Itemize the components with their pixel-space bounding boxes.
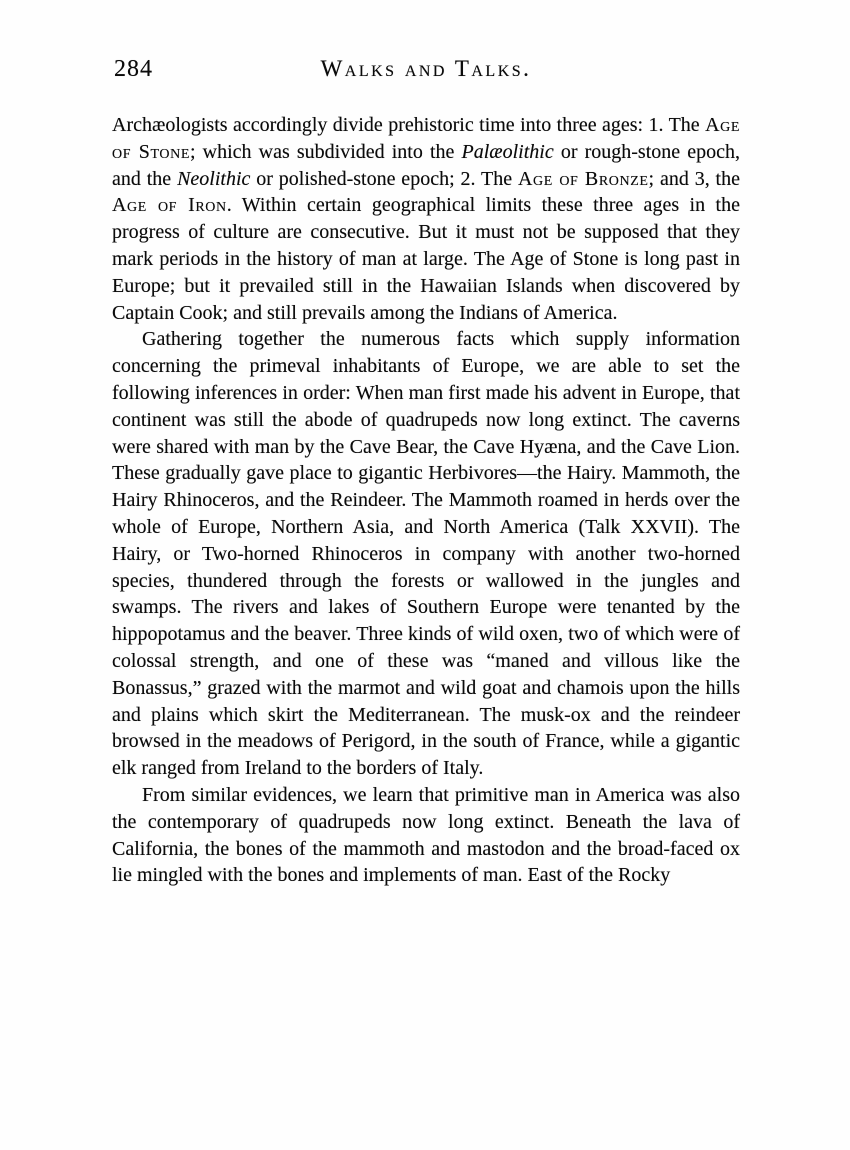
running-title: Walks and Talks.	[112, 56, 740, 82]
page-header: 284 Walks and Talks.	[112, 56, 740, 90]
book-page: 284 Walks and Talks. Archæologists accor…	[0, 0, 850, 1150]
text-run: ; and 3, the	[649, 168, 740, 190]
paragraph-primeval-inhabitants: Gathering together the numerous facts wh…	[112, 326, 740, 782]
text-run: or polished-stone epoch; 2. The	[250, 168, 518, 190]
smallcaps-age-of-bronze: Age of Bronze	[518, 168, 649, 190]
page-body: Archæologists accordingly divide prehist…	[112, 112, 740, 889]
italic-neolithic: Neolithic	[177, 168, 250, 190]
paragraph-three-ages: Archæologists accordingly divide prehist…	[112, 112, 740, 326]
italic-palaeolithic: Palæolithic	[462, 141, 554, 163]
paragraph-primitive-man-america: From similar evidences, we learn that pr…	[112, 782, 740, 889]
page-number: 284	[114, 56, 153, 83]
smallcaps-age-of-iron: Age of Iron	[112, 194, 227, 216]
text-run: ; which was subdivided into the	[190, 141, 462, 163]
text-run: Archæologists accordingly divide prehist…	[112, 114, 705, 136]
